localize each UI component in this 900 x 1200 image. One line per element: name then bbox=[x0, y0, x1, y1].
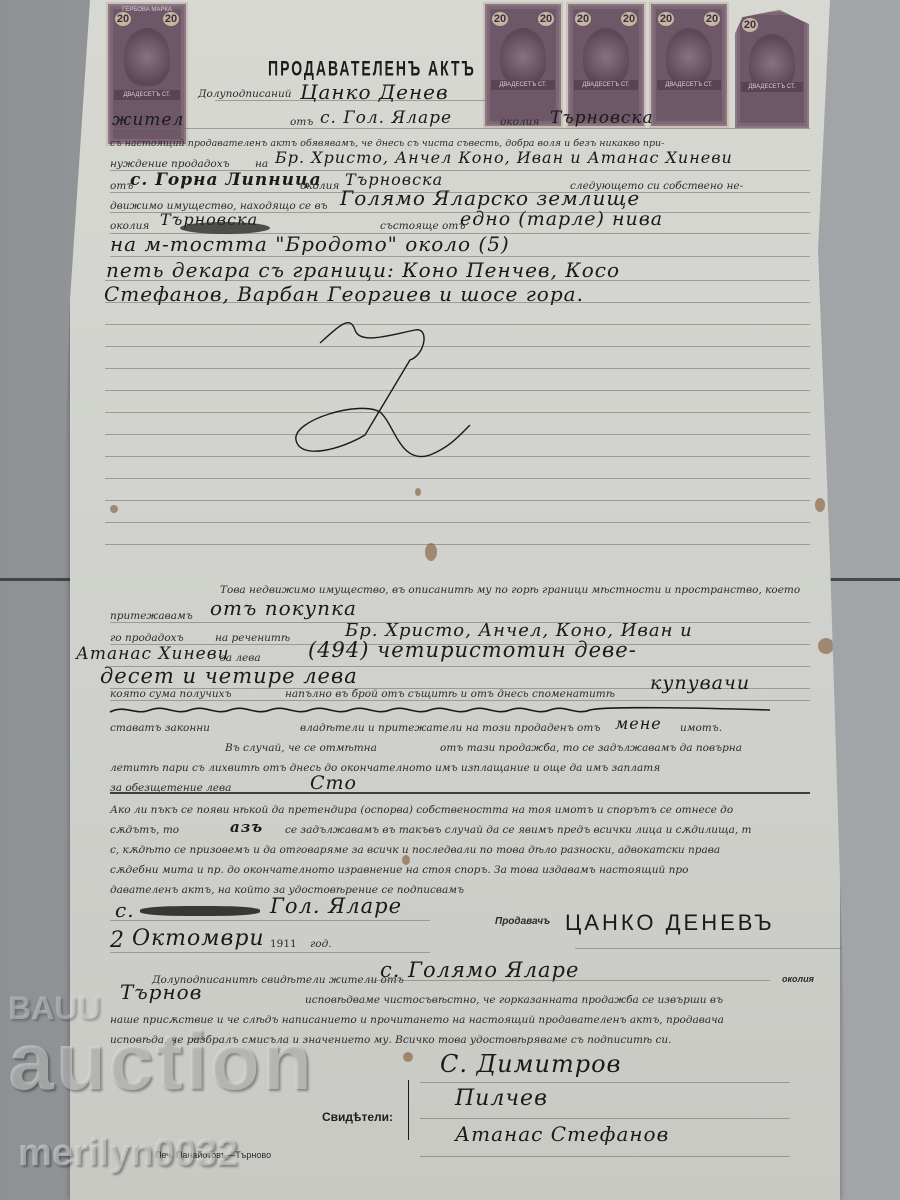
stain bbox=[110, 505, 118, 513]
printed-text: околия bbox=[300, 180, 339, 192]
printed-text: отъ тази продажба, то се задължавамъ да … bbox=[440, 742, 742, 754]
rule bbox=[420, 1156, 790, 1157]
rule bbox=[105, 544, 810, 545]
handwritten-village: с. Горна Липница bbox=[130, 170, 322, 190]
seller-signature: ЦАНКО ДЕНЕВЪ bbox=[565, 910, 775, 936]
handwritten-property: едно (тарле) нива bbox=[460, 208, 663, 230]
bracket bbox=[408, 1080, 409, 1140]
struck-out-text bbox=[140, 906, 260, 916]
witnesses-label: Свидѣтели: bbox=[322, 1110, 393, 1124]
coat-of-arms-icon bbox=[124, 28, 170, 86]
printed-text: го продадохъ bbox=[110, 632, 184, 644]
handwritten-boundaries: Стефанов, Варбан Георгиев и шосе гора. bbox=[104, 282, 584, 306]
revenue-stamp-4: 20 20 ДВАДЕСЕТЪ СТ. bbox=[651, 4, 727, 126]
handwritten-district: Търновска bbox=[550, 108, 654, 128]
rule bbox=[110, 952, 430, 953]
coat-of-arms-icon bbox=[583, 28, 629, 86]
stamp-value: 20 bbox=[575, 12, 591, 26]
printed-text: нуждение продадохъ bbox=[110, 158, 230, 170]
handwritten-land: Голямо Яларско землище bbox=[340, 186, 640, 210]
stamp-denomination: ДВАДЕСЕТЪ СТ. bbox=[574, 80, 638, 90]
handwritten-buyers-word: купувачи bbox=[650, 672, 750, 694]
rule bbox=[105, 478, 810, 479]
stain bbox=[415, 488, 421, 496]
rule bbox=[110, 128, 810, 129]
coat-of-arms-icon bbox=[666, 28, 712, 86]
handwritten-seller-name: Цанко Денев bbox=[300, 80, 449, 104]
printed-text: за обезщетение лева bbox=[110, 782, 231, 794]
witness-signature-1: С. Димитров bbox=[440, 1050, 621, 1078]
revenue-stamp-5: 20 ДВАДЕСЕТЪ СТ. bbox=[735, 10, 809, 128]
rule bbox=[575, 948, 865, 949]
handwritten-location: на м-тостта "Бродото" около (5) bbox=[110, 232, 510, 256]
handwritten-boundaries: петь декара съ граници: Коно Пенчев, Кос… bbox=[106, 258, 620, 282]
printed-text: околия bbox=[500, 116, 539, 128]
handwritten-buyers: Атанас Хиневи bbox=[76, 644, 230, 664]
printed-text: за лева bbox=[220, 652, 261, 664]
printed-text: владѣтели и притежатели на този продаден… bbox=[300, 722, 600, 734]
handwritten-place: Гол. Яларе bbox=[270, 894, 402, 918]
date-year: 1911 bbox=[270, 938, 297, 950]
printed-text: притежавамъ bbox=[110, 610, 193, 622]
printed-text: Ако ли пъкъ се появи нѣкой да претендира… bbox=[110, 804, 733, 816]
printed-text: на bbox=[255, 158, 268, 170]
stamp-value: 20 bbox=[115, 12, 131, 26]
stain bbox=[815, 498, 825, 512]
handwritten-acquired-by: отъ покупка bbox=[210, 596, 357, 620]
handwritten-village: с. Голямо Яларе bbox=[380, 958, 579, 982]
handwritten-price: (494) четиристотин деве- bbox=[308, 638, 637, 662]
cancellation-mark-z bbox=[280, 315, 580, 475]
date-day: 2 bbox=[110, 928, 125, 953]
date-suffix: год. bbox=[310, 938, 332, 950]
fill-line-squiggle bbox=[105, 700, 805, 720]
stamp-denomination: ДВАДЕСЕТЪ СТ. bbox=[491, 80, 555, 90]
rule bbox=[110, 920, 430, 921]
printed-text: Това недвижимо имущество, въ описанитѣ м… bbox=[220, 584, 800, 596]
printed-text: исповѣдваме чистосъвѣстно, че горказанна… bbox=[305, 994, 723, 1006]
rule bbox=[420, 1118, 790, 1119]
printed-text: състояще отъ bbox=[380, 220, 465, 232]
printed-text: Долуподписаний bbox=[198, 88, 291, 100]
printed-text: която сума получихъ bbox=[110, 688, 232, 700]
seller-label: Продавачъ bbox=[495, 916, 550, 927]
printed-text: на реченитѣ bbox=[215, 632, 290, 644]
stamp-value: 20 bbox=[704, 12, 720, 26]
stain bbox=[818, 638, 834, 654]
handwritten-compensation: Сто bbox=[310, 772, 357, 794]
stain bbox=[425, 543, 437, 561]
stamp-denomination: ДВАДЕСЕТЪ СТ. bbox=[114, 90, 180, 100]
handwritten-price-words: десет и четире лева bbox=[100, 664, 358, 688]
printed-text: имотъ. bbox=[680, 722, 722, 734]
date-month: Октомври bbox=[132, 926, 265, 951]
handwritten-text: азъ bbox=[230, 818, 263, 836]
handwritten-text: жител bbox=[112, 110, 184, 130]
printed-text: околия bbox=[110, 220, 149, 232]
printed-text: сѫдебни мита и пр. до окончателното изра… bbox=[110, 864, 688, 876]
witness-signature-2: Пилчев bbox=[455, 1086, 548, 1111]
watermark-main: auction bbox=[8, 1015, 314, 1109]
stamp-value: 20 bbox=[742, 18, 758, 32]
place-prefix: с. bbox=[115, 898, 135, 922]
printed-text: Въ случай, че се отмѣтна bbox=[225, 742, 377, 754]
rule bbox=[105, 522, 810, 523]
stamp-value: 20 bbox=[492, 12, 508, 26]
watermark-user: merilyn0032 bbox=[18, 1132, 238, 1175]
rule bbox=[105, 500, 810, 501]
handwritten-village: с. Гол. Яларе bbox=[320, 108, 452, 128]
printed-text: сѫдътъ, то bbox=[110, 824, 179, 836]
rule bbox=[420, 1082, 790, 1083]
coat-of-arms-icon bbox=[500, 28, 546, 86]
printed-text: напълно въ брой отъ същитѣ и отъ днесь с… bbox=[285, 688, 615, 700]
printed-text: летитѣ пари съ лихвитѣ отъ днесь до окон… bbox=[110, 762, 660, 774]
handwritten-buyers: Бр. Христо, Анчел Коно, Иван и Атанас Хи… bbox=[275, 148, 733, 167]
witness-signature-3: Атанас Стефанов bbox=[455, 1122, 669, 1146]
handwritten-district: Търнов bbox=[120, 980, 202, 1004]
stamp-value: 20 bbox=[658, 12, 674, 26]
document-title: ПРОДАВАТЕЛЕНЪ АКТЪ bbox=[268, 56, 476, 80]
printed-text: с, кѫдѣто се призовемъ и да отговаряме з… bbox=[110, 844, 720, 856]
printed-text: околия bbox=[782, 974, 814, 984]
stamp-denomination: ДВАДЕСЕТЪ СТ. bbox=[741, 82, 803, 92]
printed-text: ставатъ законни bbox=[110, 722, 210, 734]
rule bbox=[370, 980, 770, 981]
printed-text: отъ bbox=[290, 116, 313, 128]
stamp-value: 20 bbox=[538, 12, 554, 26]
stain bbox=[403, 1052, 413, 1062]
stamp-value: 20 bbox=[163, 12, 179, 26]
printed-text: се задължавамъ въ такъвъ случай да се яв… bbox=[285, 824, 751, 836]
rule bbox=[110, 256, 810, 257]
handwritten-text: мене bbox=[615, 714, 662, 733]
stamp-value: 20 bbox=[621, 12, 637, 26]
stamp-denomination: ДВАДЕСЕТЪ СТ. bbox=[657, 80, 721, 90]
